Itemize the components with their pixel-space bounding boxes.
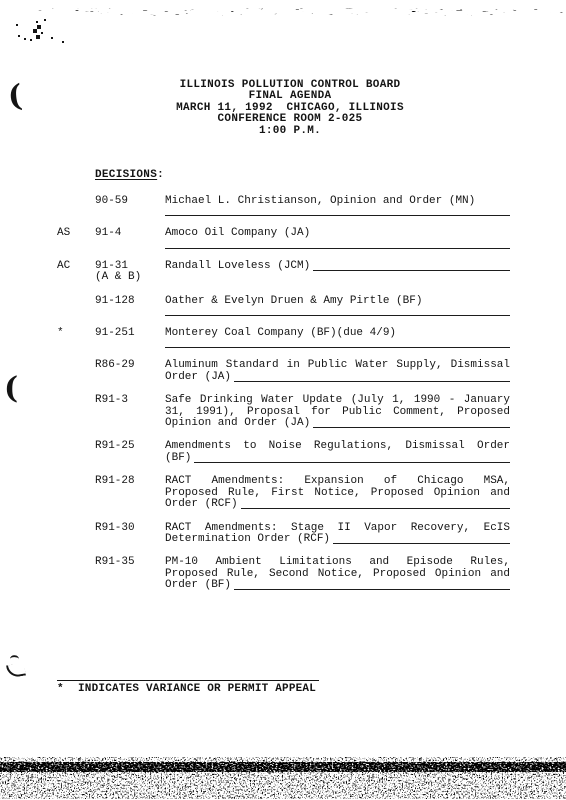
- description-line: Amendments to Noise Regulations, Dismiss…: [165, 441, 510, 452]
- signature-line: [194, 462, 510, 463]
- agenda-row: * 91-251 Monterey Coal Company (BF)(due …: [57, 328, 510, 348]
- scan-noise-bottom: [0, 757, 566, 799]
- description-line: Order (RCF): [165, 499, 238, 510]
- description-line: Order (BF): [165, 580, 231, 591]
- row-code-label: AS: [57, 228, 95, 248]
- row-docket: 91-128: [95, 296, 165, 316]
- row-description: Randall Loveless (JCM): [165, 261, 510, 284]
- agenda-row: R91-28 RACT Amendments: Expansion of Chi…: [57, 476, 510, 510]
- description-line: Determination Order (RCF): [165, 534, 330, 545]
- row-docket: R91-35: [95, 557, 165, 591]
- row-docket-suffix: (A & B): [95, 272, 165, 283]
- description-line: Amoco Oil Company (JA): [165, 228, 510, 239]
- row-description: Aluminum Standard in Public Water Supply…: [165, 360, 510, 383]
- agenda-row: R86-29 Aluminum Standard in Public Water…: [57, 360, 510, 383]
- description-line: Michael L. Christianson, Opinion and Ord…: [165, 196, 510, 207]
- signature-line: [234, 381, 510, 382]
- scan-noise-top: [28, 8, 564, 16]
- asterisk-marker: *: [57, 684, 78, 695]
- row-code-label: [57, 441, 95, 464]
- row-description: PM-10 Ambient Limitations and Episode Ru…: [165, 557, 510, 591]
- description-line: Monterey Coal Company (BF)(due 4/9): [165, 328, 510, 339]
- agenda-row: R91-3 Safe Drinking Water Update (July 1…: [57, 395, 510, 429]
- row-code-label: [57, 476, 95, 510]
- row-description: Amendments to Noise Regulations, Dismiss…: [165, 441, 510, 464]
- agenda-row: R91-30 RACT Amendments: Stage II Vapor R…: [57, 523, 510, 546]
- row-description: Oather & Evelyn Druen & Amy Pirtle (BF): [165, 296, 510, 316]
- footnote-rule: [57, 680, 319, 681]
- footnote-text: INDICATES VARIANCE OR PERMIT APPEAL: [78, 684, 316, 695]
- signature-line: [313, 270, 510, 271]
- row-code-label: [57, 196, 95, 216]
- row-docket: 91-4: [95, 228, 165, 248]
- decisions-list: 90-59 Michael L. Christianson, Opinion a…: [57, 196, 510, 604]
- agenda-row: AS 91-4 Amoco Oil Company (JA): [57, 228, 510, 248]
- row-code-label: [57, 296, 95, 316]
- section-title: DECISIONS:: [95, 170, 164, 181]
- scanned-agenda-page: { "header": { "lines": [ "ILLINOIS POLLU…: [0, 0, 566, 800]
- row-code-label: *: [57, 328, 95, 348]
- description-line: Randall Loveless (JCM): [165, 261, 310, 272]
- header-line: CONFERENCE ROOM 2-025: [14, 114, 566, 125]
- description-line: Opinion and Order (JA): [165, 418, 310, 429]
- description-line: Oather & Evelyn Druen & Amy Pirtle (BF): [165, 296, 510, 307]
- agenda-row: AC 91-31 (A & B) Randall Loveless (JCM): [57, 261, 510, 284]
- description-line: (BF): [165, 453, 191, 464]
- row-code-label: [57, 360, 95, 383]
- agenda-row: 90-59 Michael L. Christianson, Opinion a…: [57, 196, 510, 216]
- row-docket: R91-3: [95, 395, 165, 429]
- row-code-label: [57, 523, 95, 546]
- row-code-label: [57, 395, 95, 429]
- row-description: Michael L. Christianson, Opinion and Ord…: [165, 196, 510, 216]
- header-line: 1:00 P.M.: [14, 126, 566, 137]
- description-line: Safe Drinking Water Update (July 1, 1990…: [165, 395, 510, 406]
- row-docket: R91-25: [95, 441, 165, 464]
- row-docket: 90-59: [95, 196, 165, 216]
- row-description: Amoco Oil Company (JA): [165, 228, 510, 248]
- signature-line: [165, 248, 510, 249]
- agenda-row: R91-25 Amendments to Noise Regulations, …: [57, 441, 510, 464]
- signature-line: [241, 508, 510, 509]
- footnote: * INDICATES VARIANCE OR PERMIT APPEAL: [57, 680, 319, 695]
- document-header: ILLINOIS POLLUTION CONTROL BOARD FINAL A…: [14, 80, 566, 137]
- signature-line: [234, 589, 510, 590]
- row-docket: 91-251: [95, 328, 165, 348]
- description-line: Order (JA): [165, 372, 231, 383]
- description-line: PM-10 Ambient Limitations and Episode Ru…: [165, 557, 510, 568]
- row-code-label: AC: [57, 261, 95, 284]
- row-docket: R91-30: [95, 523, 165, 546]
- signature-line: [165, 347, 510, 348]
- signature-line: [165, 215, 510, 216]
- row-description: Monterey Coal Company (BF)(due 4/9): [165, 328, 510, 348]
- row-docket: R91-28: [95, 476, 165, 510]
- signature-line: [333, 543, 510, 544]
- description-line: RACT Amendments: Expansion of Chicago MS…: [165, 476, 510, 487]
- row-docket: R86-29: [95, 360, 165, 383]
- row-description: Safe Drinking Water Update (July 1, 1990…: [165, 395, 510, 429]
- signature-line: [313, 427, 510, 428]
- row-code-label: [57, 557, 95, 591]
- signature-line: [165, 315, 510, 316]
- pen-scribble-mark: [16, 24, 18, 26]
- row-docket: 91-31 (A & B): [95, 261, 165, 284]
- row-description: RACT Amendments: Expansion of Chicago MS…: [165, 476, 510, 510]
- agenda-row: R91-35 PM-10 Ambient Limitations and Epi…: [57, 557, 510, 591]
- agenda-row: 91-128 Oather & Evelyn Druen & Amy Pirtl…: [57, 296, 510, 316]
- margin-paren-mark: (: [4, 374, 18, 404]
- pen-smudge-mark: [6, 663, 26, 679]
- row-description: RACT Amendments: Stage II Vapor Recovery…: [165, 523, 510, 546]
